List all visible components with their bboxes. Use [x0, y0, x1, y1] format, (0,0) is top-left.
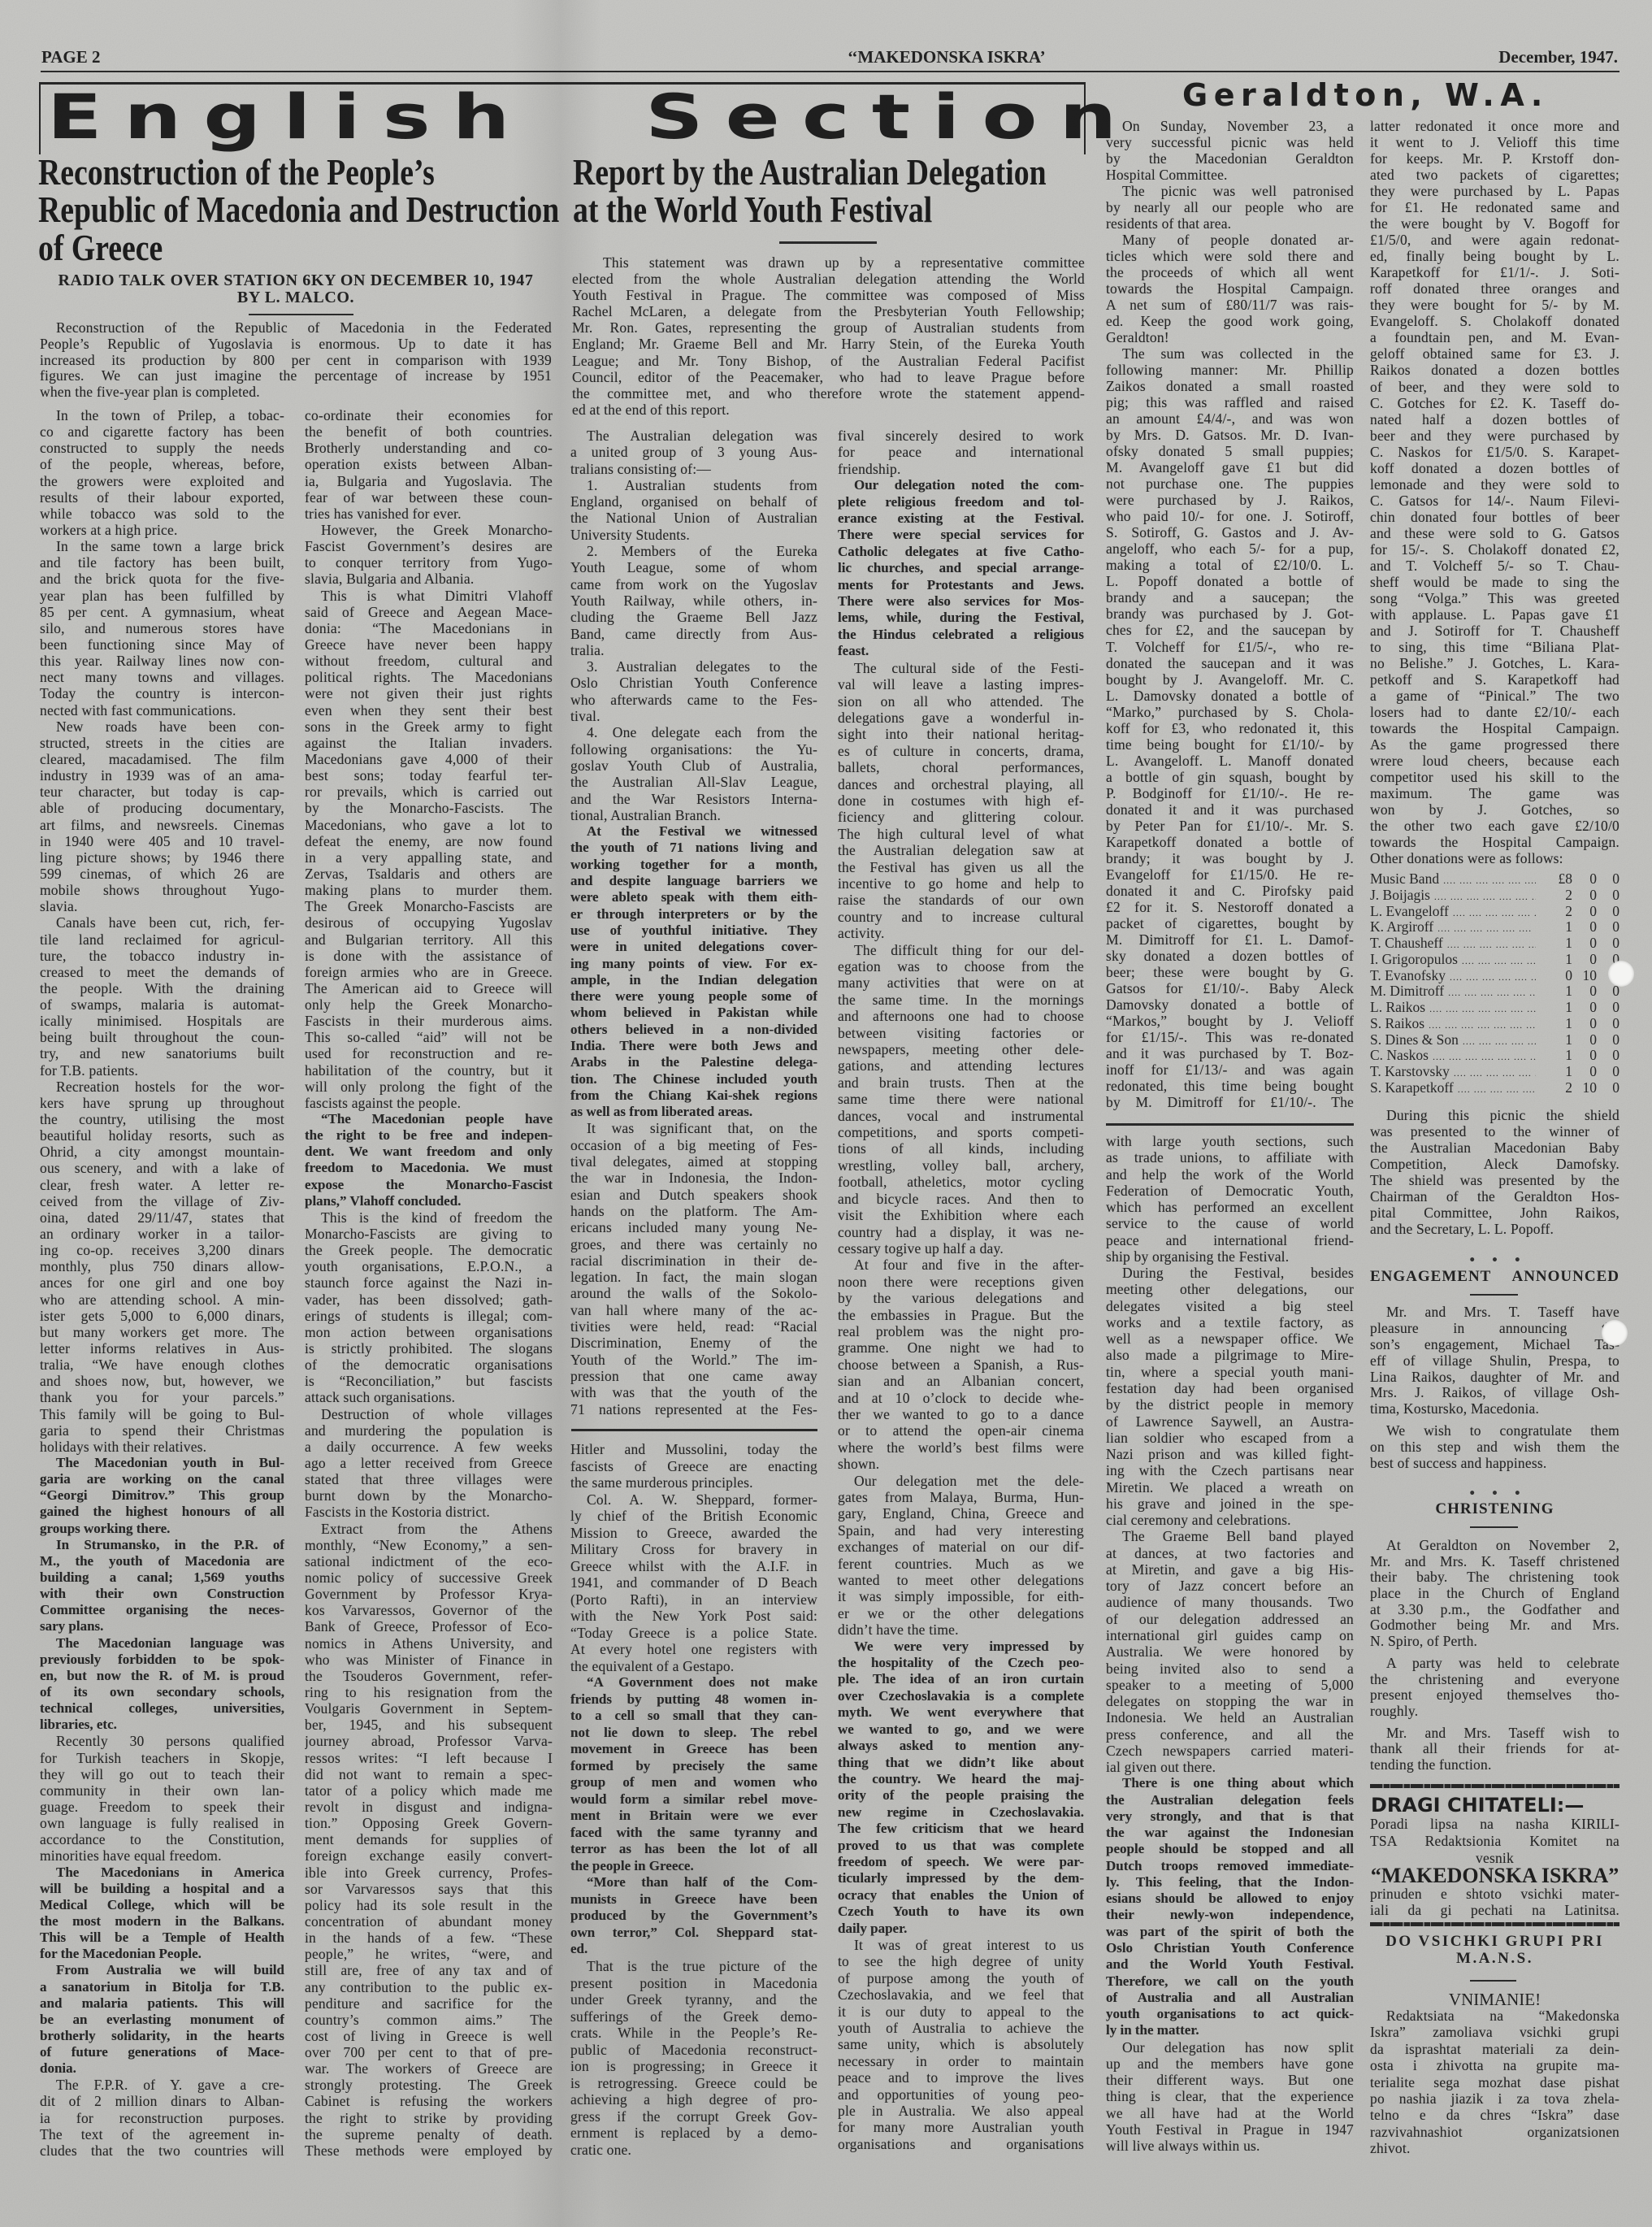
text-line: tator of a policy which made me — [305, 1782, 553, 1799]
text-line: the war in Indonesia, the Indon- — [570, 1170, 817, 1186]
text-line: holidays with their relatives. — [40, 1439, 284, 1455]
paragraph: On Sunday, November 23, avery successful… — [1106, 118, 1354, 183]
text-line: delegations gave a wonderful in- — [838, 710, 1084, 726]
text-line: The difficult thing for our del- — [838, 942, 1084, 958]
paragraph: This is the kind of freedom theMonarcho-… — [305, 1209, 553, 1406]
text-line: feast. — [838, 643, 1084, 659]
text-line: TSA Redaktsionia Komitet na — [1370, 1833, 1619, 1850]
newspaper-page: PAGE 2 ‘‘MAKEDONSKA ISKRA’ December, 194… — [0, 0, 1652, 2227]
text-line: terialite sega mozhat dase pishat — [1370, 2074, 1619, 2090]
text-line: country and to increase cultural — [838, 909, 1084, 925]
donor-name: L. Raikos — [1370, 1000, 1425, 1016]
text-line: people should be stopped and all — [1106, 1841, 1354, 1857]
paragraph: Hitler and Mussolini, today thefascists … — [570, 1441, 817, 1491]
text-line: zhivot. — [1370, 2140, 1619, 2156]
text-line: tralians consisting of:— — [570, 461, 817, 477]
paragraph: A party was held to celebratethe christe… — [1370, 1656, 1619, 1720]
text-line: prinuden e shtoto vsichki mater- — [1370, 1886, 1619, 1902]
text-line: ber, 1945, and his subsequent — [305, 1717, 553, 1733]
paragraph: “A Government does not makefriends by pu… — [570, 1674, 817, 1874]
issue-date: December, 1947. — [1498, 49, 1618, 66]
paragraph: The Australian delegation wasa united gr… — [570, 428, 817, 477]
text-line: ed, finally being bought by L. — [1370, 248, 1619, 264]
geraldton-column-2: latter redonated it once more andit went… — [1370, 118, 1619, 866]
text-line: Col. A. W. Sheppard, former- — [570, 1491, 817, 1509]
amount-pounds: 2 — [1540, 1080, 1572, 1096]
amount-pence: 0 — [1597, 1032, 1619, 1048]
text-line: lemonade and they were sold to — [1370, 476, 1619, 493]
text-line: libraries, etc. — [40, 1717, 284, 1733]
text-line: no Belishe.” J. Gotches, L. Kara- — [1370, 655, 1619, 671]
text-line: by Mrs. D. Gatsos. Mr. D. Ivan- — [1106, 427, 1354, 443]
text-line: nect many towns and villages. — [40, 669, 284, 685]
text-line: elected from the whole Australian delega… — [572, 271, 1085, 287]
paragraph: 2. Members of the EurekaYouth League, so… — [570, 543, 817, 658]
text-line: C. Naskos for £1/5/0. S. Karapet- — [1370, 444, 1619, 460]
dot-leader — [1463, 1032, 1536, 1048]
text-line: to see the high degree of unity — [838, 1953, 1084, 1969]
text-line: Recently 30 persons qualified — [40, 1733, 284, 1749]
macedonia-continued: Hitler and Mussolini, today thefascists … — [570, 1441, 817, 2158]
text-line: constructed to supply the needs — [40, 440, 284, 456]
text-line: as well as from liberated areas. — [570, 1104, 817, 1120]
macedonia-column-2: co-ordinate their economies forthe benef… — [305, 407, 553, 2159]
text-line: fascists against the people. — [305, 1095, 553, 1111]
text-line: ing co-op. receives 3,200 dinars — [40, 1242, 284, 1258]
text-line: this year. Railway lines now con- — [40, 653, 284, 669]
text-line: It was of great interest to us — [838, 1937, 1084, 1953]
paragraph: This statement was drawn up by a represe… — [572, 254, 1085, 418]
donor-name: S. Raikos — [1370, 1016, 1424, 1032]
text-line: Mr. and Mrs. Taseff wish to — [1370, 1726, 1619, 1742]
text-line: said of Greece and Aegean Mace- — [305, 604, 553, 620]
text-line: visit the Exhibition where each — [838, 1207, 1084, 1223]
text-line: Recreation hostels for the wor- — [40, 1079, 284, 1095]
text-line: in a very appalling state, and — [305, 849, 553, 866]
text-line: well as a newspaper office. We — [1106, 1331, 1354, 1347]
paragraph: We wish to congratulate themon this step… — [1370, 1423, 1619, 1472]
headline-divider — [779, 241, 877, 244]
text-line: under Greek tyranny, and the — [570, 1991, 817, 2008]
text-line: is “Reconciliation,” but fascists — [305, 1373, 553, 1389]
text-line: latter redonated it once more and — [1370, 118, 1619, 134]
paragraph: latter redonated it once more andit went… — [1370, 118, 1619, 866]
text-line: lems, while, during the Festival, — [838, 610, 1084, 626]
engagement-text: Mr. and Mrs. T. Taseff havepleasure in a… — [1370, 1305, 1619, 1472]
text-line: achieving a high degree of pro- — [570, 2091, 817, 2108]
text-line: “More than half of the Com- — [570, 1874, 817, 1891]
text-line: 3. Australian delegates to the — [570, 658, 817, 675]
amount-shillings: 0 — [1572, 1048, 1597, 1064]
text-line: The few criticism that we heard — [838, 1821, 1084, 1837]
dot-leader — [1429, 1016, 1536, 1032]
text-line: who are attending school. A min- — [40, 1291, 284, 1308]
text-line: between visiting factories or — [838, 1025, 1084, 1041]
text-line: a daily occurrence. A few weeks — [305, 1439, 553, 1455]
text-line: racial discrimination in their de- — [570, 1252, 817, 1269]
text-line: tending the function. — [1370, 1757, 1619, 1773]
byline-rule — [249, 314, 353, 315]
text-line: the same murderous principles. — [570, 1474, 817, 1491]
dot-leader — [1429, 1000, 1536, 1016]
text-line: dances, vocal and instrumental — [838, 1108, 1084, 1124]
text-line: dances and orchestral playing, all — [838, 776, 1084, 792]
text-line: po nashia jiazik i za tova zhela- — [1370, 2090, 1619, 2107]
text-line: they will go out to teach their — [40, 1766, 284, 1782]
text-line: pleasure in announcing the — [1370, 1321, 1619, 1337]
text-line: Chairman of the Geraldton Hos- — [1370, 1188, 1619, 1205]
text-line: for £1/15/-. This was re-donated — [1106, 1029, 1354, 1045]
paragraph: During the Festival, besidesmeeting othe… — [1106, 1265, 1354, 1528]
dot-leader — [1450, 968, 1536, 984]
text-line: year plan has been fulfilled by — [40, 588, 284, 604]
text-line: the were bought by V. Bogoff for — [1370, 215, 1619, 232]
punch-hole — [1608, 961, 1634, 987]
text-line: esians should be allowed to enjoy — [1106, 1891, 1354, 1907]
text-line: We were very impressed by — [838, 1639, 1084, 1655]
text-line: the Australian delegation saw at — [838, 842, 1084, 858]
text-line: for keeps. Mr. P. Krstoff don- — [1370, 150, 1619, 167]
byline-author: BY L. MALCO. — [40, 289, 552, 306]
text-line: and tile factory has been built, — [40, 554, 284, 571]
youth-festival-column-1: The Australian delegation wasa united gr… — [570, 428, 817, 1417]
text-line: ample, in the Indian delegation — [570, 972, 817, 988]
text-line: best of success and happiness. — [1370, 1456, 1619, 1472]
youth-festival-intro: This statement was drawn up by a represe… — [572, 254, 1085, 418]
text-line: ago a letter received from Greece — [305, 1455, 553, 1471]
text-line: expose the Monarcho-Fascist — [305, 1177, 553, 1193]
text-line: it was simply impossible, for eith- — [838, 1588, 1084, 1604]
paragraph: In the town of Prilep, a tobac-co and ci… — [40, 407, 284, 538]
text-line: Cabinet is refusing the workers — [305, 2093, 553, 2109]
text-line: England; Mr. Graeme Bell and Mr. Harry S… — [572, 336, 1085, 352]
text-line: Greece have never been happy — [305, 636, 553, 653]
paragraph: That is the true picture of thepresent p… — [570, 1958, 817, 2158]
text-line: bought by J. Avangeloff. Mr. C. — [1106, 671, 1354, 688]
text-line: roughly. — [1370, 1704, 1619, 1720]
text-line: for peace and international — [838, 444, 1084, 460]
text-line: “Georgi Dimitrov.” This group — [40, 1487, 284, 1504]
text-line: terror as has been the lot of all — [570, 1841, 817, 1858]
text-line: During the Festival, besides — [1106, 1265, 1354, 1281]
text-line: concentration of abundant money — [305, 1913, 553, 1930]
text-line: the growers were exploited and — [40, 473, 284, 489]
text-line: strongly protesting. The Greek — [305, 2077, 553, 2093]
text-line: Poradi lipsa na nasha KIRILI- — [1370, 1816, 1619, 1833]
column-break-rule — [1106, 1123, 1354, 1126]
paragraph: The Macedonian language waspreviously fo… — [40, 1635, 284, 1734]
text-line: foreign exchange easily convert- — [305, 1847, 553, 1864]
text-line: previously forbidden to be spok- — [40, 1652, 284, 1668]
text-line: tival delegates, aimed at stopping — [570, 1153, 817, 1170]
donation-row: K. Argiroff100 — [1370, 919, 1619, 936]
donation-row: S. Dines & Son100 — [1370, 1032, 1619, 1048]
text-line: Military Cross for bravery in — [570, 1541, 817, 1558]
text-line: proved to us that was complete — [838, 1838, 1084, 1854]
text-line: Gatsos for £1/10/-. Baby Aleck — [1106, 980, 1354, 996]
text-line: working together for a month, — [570, 857, 817, 873]
paragraph: Destruction of whole villagesand murderi… — [305, 1406, 553, 1521]
text-line: the other two each gave £2/10/0 — [1370, 818, 1619, 834]
text-line: Youth of the World.” The im- — [570, 1352, 817, 1368]
section-banner-title: English Section — [47, 86, 1138, 148]
text-line: ture, the tobacco industry in- — [40, 948, 284, 964]
text-line: of the democratic organisations — [305, 1357, 553, 1373]
column-break-rule — [571, 1429, 817, 1431]
text-line: the committee met, and who therefore wro… — [572, 385, 1085, 402]
dot-leader — [1433, 1048, 1536, 1064]
text-line: T. Volcheff for £1/5/-, who re- — [1106, 639, 1354, 655]
amount-shillings: 0 — [1572, 1000, 1597, 1016]
text-line: tile land reclaimed for agricul- — [40, 931, 284, 948]
text-line: Reconstruction of the Republic of Macedo… — [40, 320, 552, 336]
amount-shillings: 10 — [1572, 1080, 1597, 1096]
amount-pence: 0 — [1597, 983, 1619, 1000]
text-line: This will be a Temple of Health — [40, 1930, 284, 1946]
text-line: will only prolong the fight of the — [305, 1079, 553, 1095]
text-line: A party was held to celebrate — [1370, 1656, 1619, 1672]
text-line: the war against the Indonesian — [1106, 1825, 1354, 1841]
text-line: organisations and organisations — [838, 2136, 1084, 2152]
paragraph: The sum was collected in thefollowing ma… — [1106, 345, 1354, 1110]
text-line: ressos writes: “I left because I — [305, 1750, 553, 1766]
text-line: a bottle of gin squash, bought by — [1106, 769, 1354, 785]
paragraph: Mr. and Mrs. T. Taseff havepleasure in a… — [1370, 1305, 1619, 1417]
donor-name: L. Evangeloff — [1370, 904, 1449, 920]
text-line: community in their own lan- — [40, 1782, 284, 1799]
text-line: geloff obtained same for £3. J. — [1370, 345, 1619, 362]
text-line: ernment is replaced by a demo- — [570, 2125, 817, 2142]
text-line: losers had to dante £2/10/- each — [1370, 704, 1619, 720]
text-line: very strongly, and that is that — [1106, 1808, 1354, 1825]
text-line: packet of cigarettes, bought by — [1106, 915, 1354, 931]
text-line: (Porto Rafti), in an interview — [570, 1591, 817, 1608]
text-line: the right to be free and indepen- — [305, 1127, 553, 1144]
text-line: Greece whilst with the A.I.F. in — [570, 1558, 817, 1575]
text-line: ly. This feeling, that the Indon- — [1106, 1874, 1354, 1891]
text-line: There is one thing about which — [1106, 1775, 1354, 1791]
amount-pounds: 1 — [1540, 983, 1572, 1000]
text-line: ment in Britain were we ever — [570, 1808, 817, 1825]
text-line: These methods were employed by — [305, 2142, 553, 2159]
donor-name: T. Chausheff — [1370, 936, 1443, 952]
text-line: would form a similar rebel move- — [570, 1791, 817, 1808]
text-line: Our delegation met the dele- — [838, 1473, 1084, 1489]
text-line: ion is progressing; in Greece it — [570, 2058, 817, 2075]
text-line: still are, free of any tax and of — [305, 1962, 553, 1978]
text-line: the National Union of Australian — [570, 510, 817, 526]
text-line: Monarcho-Fascists are giving to — [305, 1226, 553, 1242]
text-line: N. Spiro, of Perth. — [1370, 1634, 1619, 1650]
text-line: be an everlasting monument of — [40, 2012, 284, 2028]
text-line: the people. With the draining — [40, 980, 284, 996]
text-line: ically minimised. Hospitals are — [40, 1013, 284, 1029]
paragraph: Mr. and Mrs. Taseff wish tothank all the… — [1370, 1726, 1619, 1773]
text-line: The Macedonian language was — [40, 1635, 284, 1652]
vnimanie-text: Redaktsiata na “MakedonskaIskra” zamolia… — [1370, 2008, 1619, 2156]
text-line: were purchased by J. Raikos, — [1106, 492, 1354, 508]
amount-pounds: 1 — [1540, 936, 1572, 952]
headline-macedonia: Reconstruction of the People’s Republic … — [38, 154, 559, 267]
text-line: formed by precisely the same — [570, 1758, 817, 1775]
text-line: will live always within us. — [1106, 2138, 1354, 2154]
dragi-chitateli-text: Poradi lipsa na nasha KIRILI-TSA Redakts… — [1370, 1816, 1619, 1850]
text-line: with the New York Post said: — [570, 1608, 817, 1625]
text-line: over Czechoslavakia is a complete — [838, 1688, 1084, 1704]
paragraph: The Macedonians in Americawill be buildi… — [40, 1865, 284, 1963]
text-line: used for reconstruction and re- — [305, 1045, 553, 1061]
text-line: the youth of 71 nations living and — [570, 840, 817, 856]
paragraph: Our delegation noted the com-plete relig… — [838, 477, 1084, 659]
text-line: a sanatorium in Bitolja for T.B. — [40, 1979, 284, 1995]
text-line: towards the Hospital Campaign. — [1370, 720, 1619, 736]
text-line: The picnic was well patronised — [1106, 183, 1354, 199]
text-line: petkoff and S. Karapetkoff had — [1370, 671, 1619, 688]
text-line: the Tsouderos Government, refer- — [305, 1668, 553, 1684]
text-line: Band, came directly from Aus- — [570, 626, 817, 642]
text-line: the Hindus celebrated a religious — [838, 627, 1084, 643]
text-line: and the War Resistors Interna- — [570, 791, 817, 807]
text-line: the people in Greece. — [570, 1858, 817, 1875]
text-line: oina, dated 29/11/47, states that — [40, 1209, 284, 1226]
text-line: their baby. The christening took — [1370, 1569, 1619, 1586]
text-line: Evangeloff for £1/15/0. He re- — [1106, 866, 1354, 883]
text-line: This so-called “aid” will not be — [305, 1029, 553, 1045]
text-line: being invited also to send a — [1106, 1660, 1354, 1677]
text-line: fascists of Greece are enacting — [570, 1458, 817, 1475]
text-line: any contribution to the public ex- — [305, 1979, 553, 1995]
text-line: Oslo Christian Youth Conference — [1106, 1940, 1354, 1956]
text-line: sight into their national heritag- — [838, 726, 1084, 742]
amount-shillings: 0 — [1572, 1016, 1597, 1032]
text-line: nomics in Athens University, and — [305, 1635, 553, 1652]
text-line: works and a textile factory, as — [1106, 1314, 1354, 1331]
text-line: Today the country is intercon- — [40, 685, 284, 701]
donor-name: S. Karapetkoff — [1370, 1080, 1454, 1096]
text-line: the benefit of both countries. — [305, 423, 553, 440]
text-line: In the same town a large brick — [40, 538, 284, 554]
text-line: There were also services for Mos- — [838, 593, 1084, 610]
text-line: 1941, and commander of D Beach — [570, 1574, 817, 1591]
paragraph: There is one thing about whichthe Austra… — [1106, 1775, 1354, 2038]
text-line: India. There were both Jews and — [570, 1038, 817, 1054]
text-line: of swamps, malaria is automat- — [40, 996, 284, 1013]
text-line: 599 cinemas, of which 26 are — [40, 866, 284, 882]
text-line: ling picture shows; by 1946 there — [40, 849, 284, 866]
donation-row: L. Evangeloff200 — [1370, 904, 1619, 920]
text-line: and the brick quota for the five- — [40, 571, 284, 587]
text-line: At every hotel one registers with — [570, 1641, 817, 1658]
text-line: in the hands of a few. “These — [305, 1930, 553, 1946]
paragraph: Poradi lipsa na nasha KIRILI-TSA Redakts… — [1370, 1816, 1619, 1850]
makedonska-iskra-title: “MAKEDONSKA ISKRA” — [1370, 1865, 1619, 1887]
text-line: meeting other delegations, our — [1106, 1281, 1354, 1297]
text-line: structed, streets in the cities are — [40, 735, 284, 751]
text-line: sion on all who attended. The — [838, 693, 1084, 710]
text-line: attack such organisations. — [305, 1389, 553, 1405]
text-line: The sum was collected in the — [1106, 345, 1354, 362]
text-line: nomic policy of successive Greek — [305, 1569, 553, 1586]
text-line: his grave and joined in the spe- — [1106, 1496, 1354, 1512]
text-line: People’s Republic of Yugoslavia is enorm… — [40, 336, 552, 353]
text-line: kers have sprung up throughout — [40, 1095, 284, 1111]
text-line: ances for one girl and one boy — [40, 1274, 284, 1291]
text-line: and J. Sotiroff for T. Chausheff — [1370, 623, 1619, 639]
text-line: This statement was drawn up by a represe… — [572, 254, 1085, 271]
text-line: of our delegation addressed an — [1106, 1611, 1354, 1627]
text-line: ly in the matter. — [1106, 2022, 1354, 2038]
text-line: following organisations: the Yu- — [570, 741, 817, 758]
text-line: Canals have been cut, rich, fer- — [40, 914, 284, 931]
text-line: audience of many thousands. Two — [1106, 1594, 1354, 1610]
text-line: and these were sold to G. Gatsos — [1370, 525, 1619, 541]
text-line: Hitler and Mussolini, today the — [570, 1441, 817, 1458]
text-line: the country. We heard the maj- — [838, 1771, 1084, 1787]
text-line: Other donations were as follows: — [1370, 850, 1619, 866]
dot-leader — [1462, 952, 1536, 968]
donation-row: S. Raikos100 — [1370, 1016, 1619, 1032]
paragraph: During this picnic the shieldwas present… — [1370, 1107, 1619, 1237]
text-line: At Geraldton on November 2, — [1370, 1538, 1619, 1554]
text-line: with was that the youth of the — [570, 1384, 817, 1400]
text-line: friendship. — [838, 461, 1084, 477]
text-line: ment demands for supplies of — [305, 1831, 553, 1847]
text-line: of beer, and they were sold to — [1370, 379, 1619, 395]
text-line: operation exists between Alban- — [305, 456, 553, 472]
paragraph: with large youth sections, suchas trade … — [1106, 1133, 1354, 1265]
text-line: gramme. One night we had to — [838, 1339, 1084, 1356]
text-line: gates from Malaya, Burma, Hun- — [838, 1489, 1084, 1505]
paragraph: New roads have been con-structed, street… — [40, 718, 284, 915]
text-line: place in the Church of England — [1370, 1586, 1619, 1602]
text-line: monthly, plus 750 dinars allow- — [40, 1258, 284, 1274]
text-line: youth organisations to act quick- — [1106, 2006, 1354, 2022]
donor-name: J. Boijagis — [1370, 888, 1430, 904]
donor-name: T. Evanofsky — [1370, 968, 1446, 984]
paragraph: Recently 30 persons qualifiedfor Turkish… — [40, 1733, 284, 1864]
text-line: ly chief of the British Economic — [570, 1508, 817, 1525]
dot-leader — [1458, 1080, 1536, 1096]
text-line: The Macedonians in America — [40, 1865, 284, 1881]
text-line: who afterwards came to the Fes- — [570, 692, 817, 708]
text-line: by the Macedonian Geraldton — [1106, 150, 1354, 167]
text-line: at Miretin, and gave a big His- — [1106, 1561, 1354, 1578]
text-line: thank you for your parcels.” — [40, 1389, 284, 1405]
text-line: Federation of Democratic Youth, — [1106, 1183, 1354, 1199]
geraldton-shield-note: During this picnic the shieldwas present… — [1370, 1107, 1619, 1237]
dragi-chitateli-text-2: prinuden e shtoto vsichki mater-iali da … — [1370, 1886, 1619, 1918]
text-line: ible into Greek currency, Profes- — [305, 1865, 553, 1881]
text-line: Miretin. We placed a wreath on — [1106, 1479, 1354, 1496]
heading-line: M.A.N.S. — [1370, 1950, 1619, 1967]
headline-line: Republic of Macedonia and Destruction — [38, 191, 559, 229]
text-line: necessary in order to maintain — [838, 2053, 1084, 2069]
text-line: to sing, this time “Biliana Plat- — [1370, 639, 1619, 655]
text-line: which has performed an excellent — [1106, 1199, 1354, 1215]
paragraph: The F.P.R. of Y. gave a cre-dit of 2 mil… — [40, 2077, 284, 2159]
text-line: exchanges of material on our dif- — [838, 1539, 1084, 1555]
text-line: the embassies in Prague. But the — [838, 1307, 1084, 1323]
text-line: there were young people some of — [570, 988, 817, 1005]
text-line: the right to strike by providing — [305, 2110, 553, 2126]
text-line: to conquer territory from Yugo- — [305, 554, 553, 571]
text-line: habilitation of the country, but it — [305, 1062, 553, 1079]
text-line: their different ways. But one — [1106, 2072, 1354, 2088]
paragraph: Canals have been cut, rich, fer-tile lan… — [40, 914, 284, 1078]
text-line: for many more Australian youth — [838, 2119, 1084, 2135]
paragraph: 3. Australian delegates to theOslo Chris… — [570, 658, 817, 724]
text-line: the Greek people. The democratic — [305, 1242, 553, 1258]
